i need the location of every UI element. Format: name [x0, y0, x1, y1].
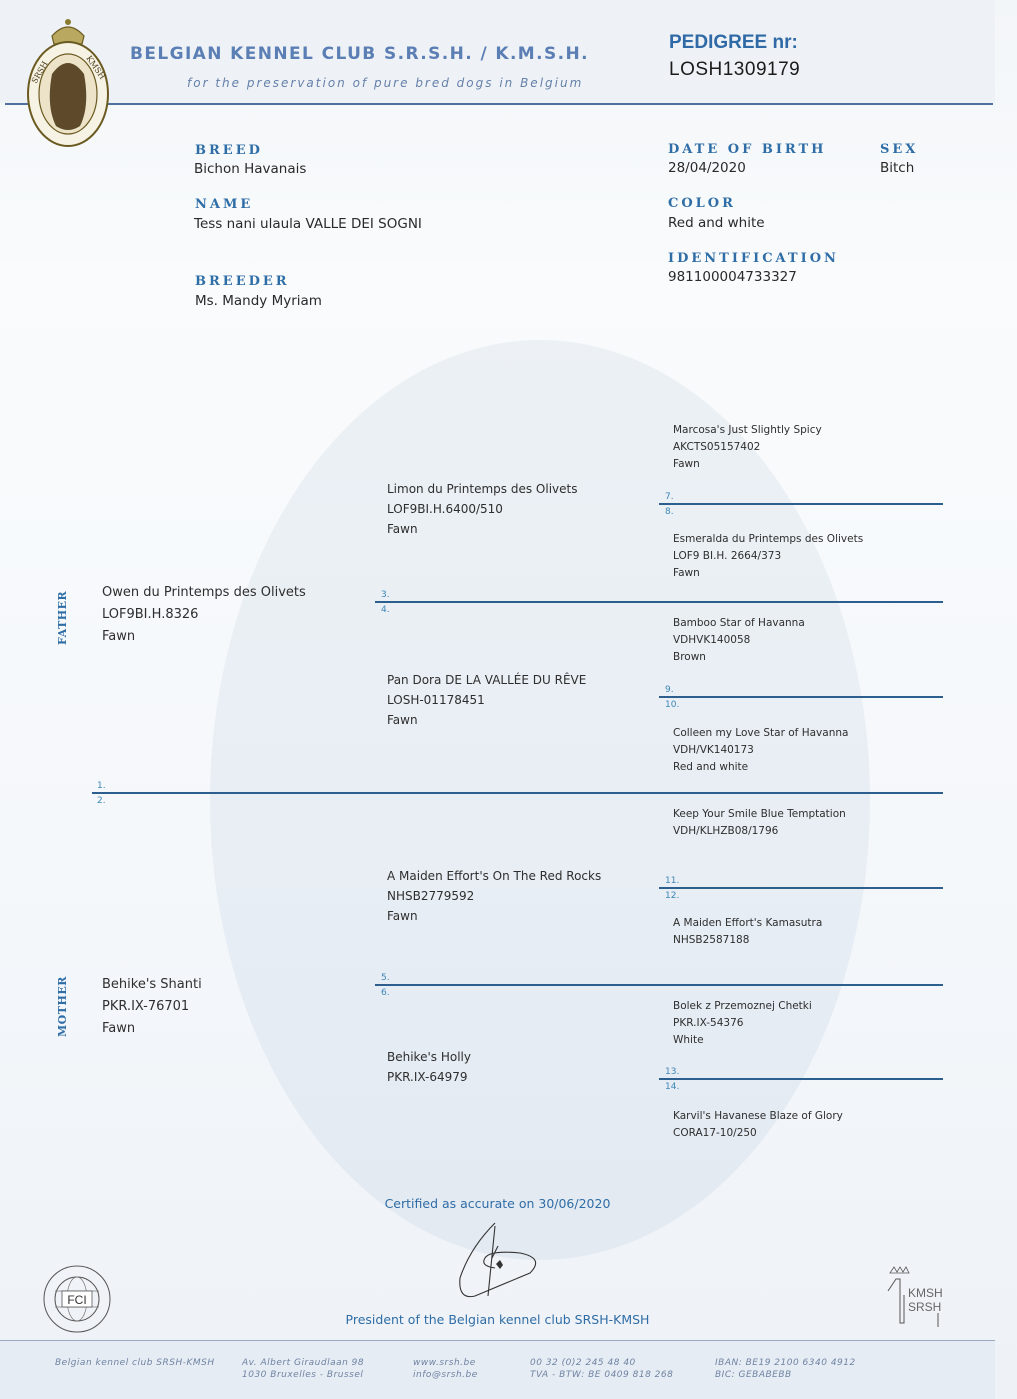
great-grandparent-entry: Bamboo Star of Havanna VDHVK140058 Brown: [673, 615, 805, 666]
identification-value: 981100004733327: [668, 269, 797, 285]
pedigree-line-3-4: [375, 601, 943, 603]
dog-reg: PKR.IX-54376: [673, 1015, 812, 1032]
svg-text:SRSH: SRSH: [908, 1300, 941, 1314]
dog-name: Limon du Printemps des Olivets: [387, 479, 578, 499]
line-number: 7.: [665, 492, 674, 502]
father-name: Owen du Printemps des Olivets: [102, 582, 306, 604]
footer-iban: IBAN: BE19 2100 6340 4912: [715, 1357, 856, 1369]
signature-icon: [450, 1218, 550, 1308]
great-grandparent-entry: Keep Your Smile Blue Temptation VDH/KLHZ…: [673, 806, 846, 840]
great-grandparent-entry: A Maiden Effort's Kamasutra NHSB2587188: [673, 915, 822, 949]
line-number: 8.: [665, 507, 674, 517]
footer-bic: BIC: GEBABEBB: [715, 1369, 856, 1381]
pedigree-line-13-14: [659, 1078, 943, 1080]
father-side-label: FATHER: [56, 591, 69, 645]
dog-color: Fawn: [673, 456, 822, 473]
name-label: NAME: [195, 197, 253, 212]
great-grandparent-entry: Marcosa's Just Slightly Spicy AKCTS05157…: [673, 422, 822, 473]
grandparent-entry: Pan Dora DE LA VALLÉE DU RÊVE LOSH-01178…: [387, 670, 586, 730]
grandparent-entry: Behike's Holly PKR.IX-64979: [387, 1047, 471, 1087]
club-title: BELGIAN KENNEL CLUB S.R.S.H. / K.M.S.H.: [130, 44, 589, 64]
certification-text: Certified as accurate on 30/06/2020: [0, 1196, 995, 1211]
dog-name: Behike's Holly: [387, 1047, 471, 1067]
line-number: 12.: [665, 891, 679, 901]
club-tagline: for the preservation of pure bred dogs i…: [187, 76, 583, 90]
dog-color: Brown: [673, 649, 805, 666]
dog-reg: VDH/KLHZB08/1796: [673, 823, 846, 840]
footer-address-line2: 1030 Bruxelles - Brussel: [242, 1369, 364, 1381]
sex-label: SEX: [880, 142, 918, 157]
footer-contact: www.srsh.be info@srsh.be: [413, 1357, 478, 1381]
line-number: 1.: [97, 781, 106, 791]
line-number: 13.: [665, 1067, 679, 1077]
dog-color: Fawn: [673, 565, 863, 582]
srsh-kmsh-crest-icon: SRSH KMSH: [22, 14, 114, 156]
dog-name: Colleen my Love Star of Havanna: [673, 725, 848, 742]
dog-reg: PKR.IX-64979: [387, 1067, 471, 1087]
pedigree-certificate: SRSH KMSH BELGIAN KENNEL CLUB S.R.S.H. /…: [0, 0, 1017, 1399]
breed-label: BREED: [195, 143, 263, 158]
identification-label: IDENTIFICATION: [668, 251, 839, 266]
dog-reg: AKCTS05157402: [673, 439, 822, 456]
fci-logo-icon: FCI: [42, 1264, 112, 1334]
footer-address: Av. Albert Giraudlaan 98 1030 Bruxelles …: [242, 1357, 364, 1381]
pedigree-number-label: PEDIGREE nr:: [669, 32, 798, 54]
dog-color: Fawn: [387, 906, 601, 926]
mother-side-label: MOTHER: [56, 976, 69, 1037]
sex-value: Bitch: [880, 160, 914, 176]
pedigree-line-9-10: [659, 696, 943, 698]
mother-reg: PKR.IX-76701: [102, 996, 202, 1018]
footer-org: Belgian kennel club SRSH-KMSH: [55, 1357, 215, 1369]
kmsh-srsh-logo-icon: KMSH SRSH: [882, 1265, 952, 1330]
father-color: Fawn: [102, 626, 306, 648]
dob-value: 28/04/2020: [668, 160, 746, 176]
great-grandparent-entry: Colleen my Love Star of Havanna VDH/VK14…: [673, 725, 848, 776]
line-number: 11.: [665, 876, 679, 886]
line-number: 10.: [665, 700, 679, 710]
dog-name: Esmeralda du Printemps des Olivets: [673, 531, 863, 548]
dog-name: A Maiden Effort's Kamasutra: [673, 915, 822, 932]
pedigree-line-11-12: [659, 887, 943, 889]
dog-color: Fawn: [387, 710, 586, 730]
dog-name: Bamboo Star of Havanna: [673, 615, 805, 632]
father-reg: LOF9BI.H.8326: [102, 604, 306, 626]
dog-reg: NHSB2587188: [673, 932, 822, 949]
dog-reg: VDHVK140058: [673, 632, 805, 649]
mother-name: Behike's Shanti: [102, 974, 202, 996]
color-value: Red and white: [668, 215, 765, 231]
pedigree-line-7-8: [659, 503, 943, 505]
dog-reg: NHSB2779592: [387, 886, 601, 906]
dog-reg: LOF9 BI.H. 2664/373: [673, 548, 863, 565]
signatory-title: President of the Belgian kennel club SRS…: [0, 1312, 995, 1327]
footer-address-line1: Av. Albert Giraudlaan 98: [242, 1357, 364, 1369]
great-grandparent-entry: Bolek z Przemoznej Chetki PKR.IX-54376 W…: [673, 998, 812, 1049]
name-value: Tess nani ulaula VALLE DEI SOGNI: [194, 216, 422, 232]
grandparent-entry: A Maiden Effort's On The Red Rocks NHSB2…: [387, 866, 601, 926]
dog-color: Fawn: [387, 519, 578, 539]
color-label: COLOR: [668, 196, 736, 211]
svg-text:KMSH: KMSH: [908, 1286, 943, 1300]
footer-bank: IBAN: BE19 2100 6340 4912 BIC: GEBABEBB: [715, 1357, 856, 1381]
breed-value: Bichon Havanais: [194, 161, 306, 177]
dog-name: Marcosa's Just Slightly Spicy: [673, 422, 822, 439]
dog-color: White: [673, 1032, 812, 1049]
line-number: 6.: [381, 988, 390, 998]
dog-reg: VDH/VK140173: [673, 742, 848, 759]
mother-color: Fawn: [102, 1018, 202, 1040]
father-entry: Owen du Printemps des Olivets LOF9BI.H.8…: [102, 582, 306, 648]
footer-website[interactable]: www.srsh.be: [413, 1357, 478, 1369]
breeder-value: Ms. Mandy Myriam: [195, 293, 322, 309]
footer-phone-vat: 00 32 (0)2 245 48 40 TVA - BTW: BE 0409 …: [530, 1357, 673, 1381]
dog-name: Pan Dora DE LA VALLÉE DU RÊVE: [387, 670, 586, 690]
dog-reg: CORA17-10/250: [673, 1125, 843, 1142]
line-number: 9.: [665, 685, 674, 695]
pedigree-line-1-2: [92, 792, 943, 794]
footer-email[interactable]: info@srsh.be: [413, 1369, 478, 1381]
line-number: 2.: [97, 796, 106, 806]
line-number: 5.: [381, 973, 390, 983]
great-grandparent-entry: Esmeralda du Printemps des Olivets LOF9 …: [673, 531, 863, 582]
grandparent-entry: Limon du Printemps des Olivets LOF9BI.H.…: [387, 479, 578, 539]
dog-name: Keep Your Smile Blue Temptation: [673, 806, 846, 823]
footer-phone: 00 32 (0)2 245 48 40: [530, 1357, 673, 1369]
pedigree-line-5-6: [375, 984, 943, 986]
pedigree-number: LOSH1309179: [669, 59, 800, 81]
dog-name: A Maiden Effort's On The Red Rocks: [387, 866, 601, 886]
header-divider: [5, 103, 993, 105]
great-grandparent-entry: Karvil's Havanese Blaze of Glory CORA17-…: [673, 1108, 843, 1142]
dog-color: Red and white: [673, 759, 848, 776]
mother-entry: Behike's Shanti PKR.IX-76701 Fawn: [102, 974, 202, 1040]
line-number: 3.: [381, 590, 390, 600]
svg-text:FCI: FCI: [67, 1293, 86, 1307]
dog-reg: LOF9BI.H.6400/510: [387, 499, 578, 519]
dog-name: Bolek z Przemoznej Chetki: [673, 998, 812, 1015]
breeder-label: BREEDER: [195, 274, 290, 289]
footer-vat: TVA - BTW: BE 0409 818 268: [530, 1369, 673, 1381]
dob-label: DATE OF BIRTH: [668, 142, 826, 157]
line-number: 14.: [665, 1082, 679, 1092]
dog-name: Karvil's Havanese Blaze of Glory: [673, 1108, 843, 1125]
line-number: 4.: [381, 605, 390, 615]
dog-reg: LOSH-01178451: [387, 690, 586, 710]
